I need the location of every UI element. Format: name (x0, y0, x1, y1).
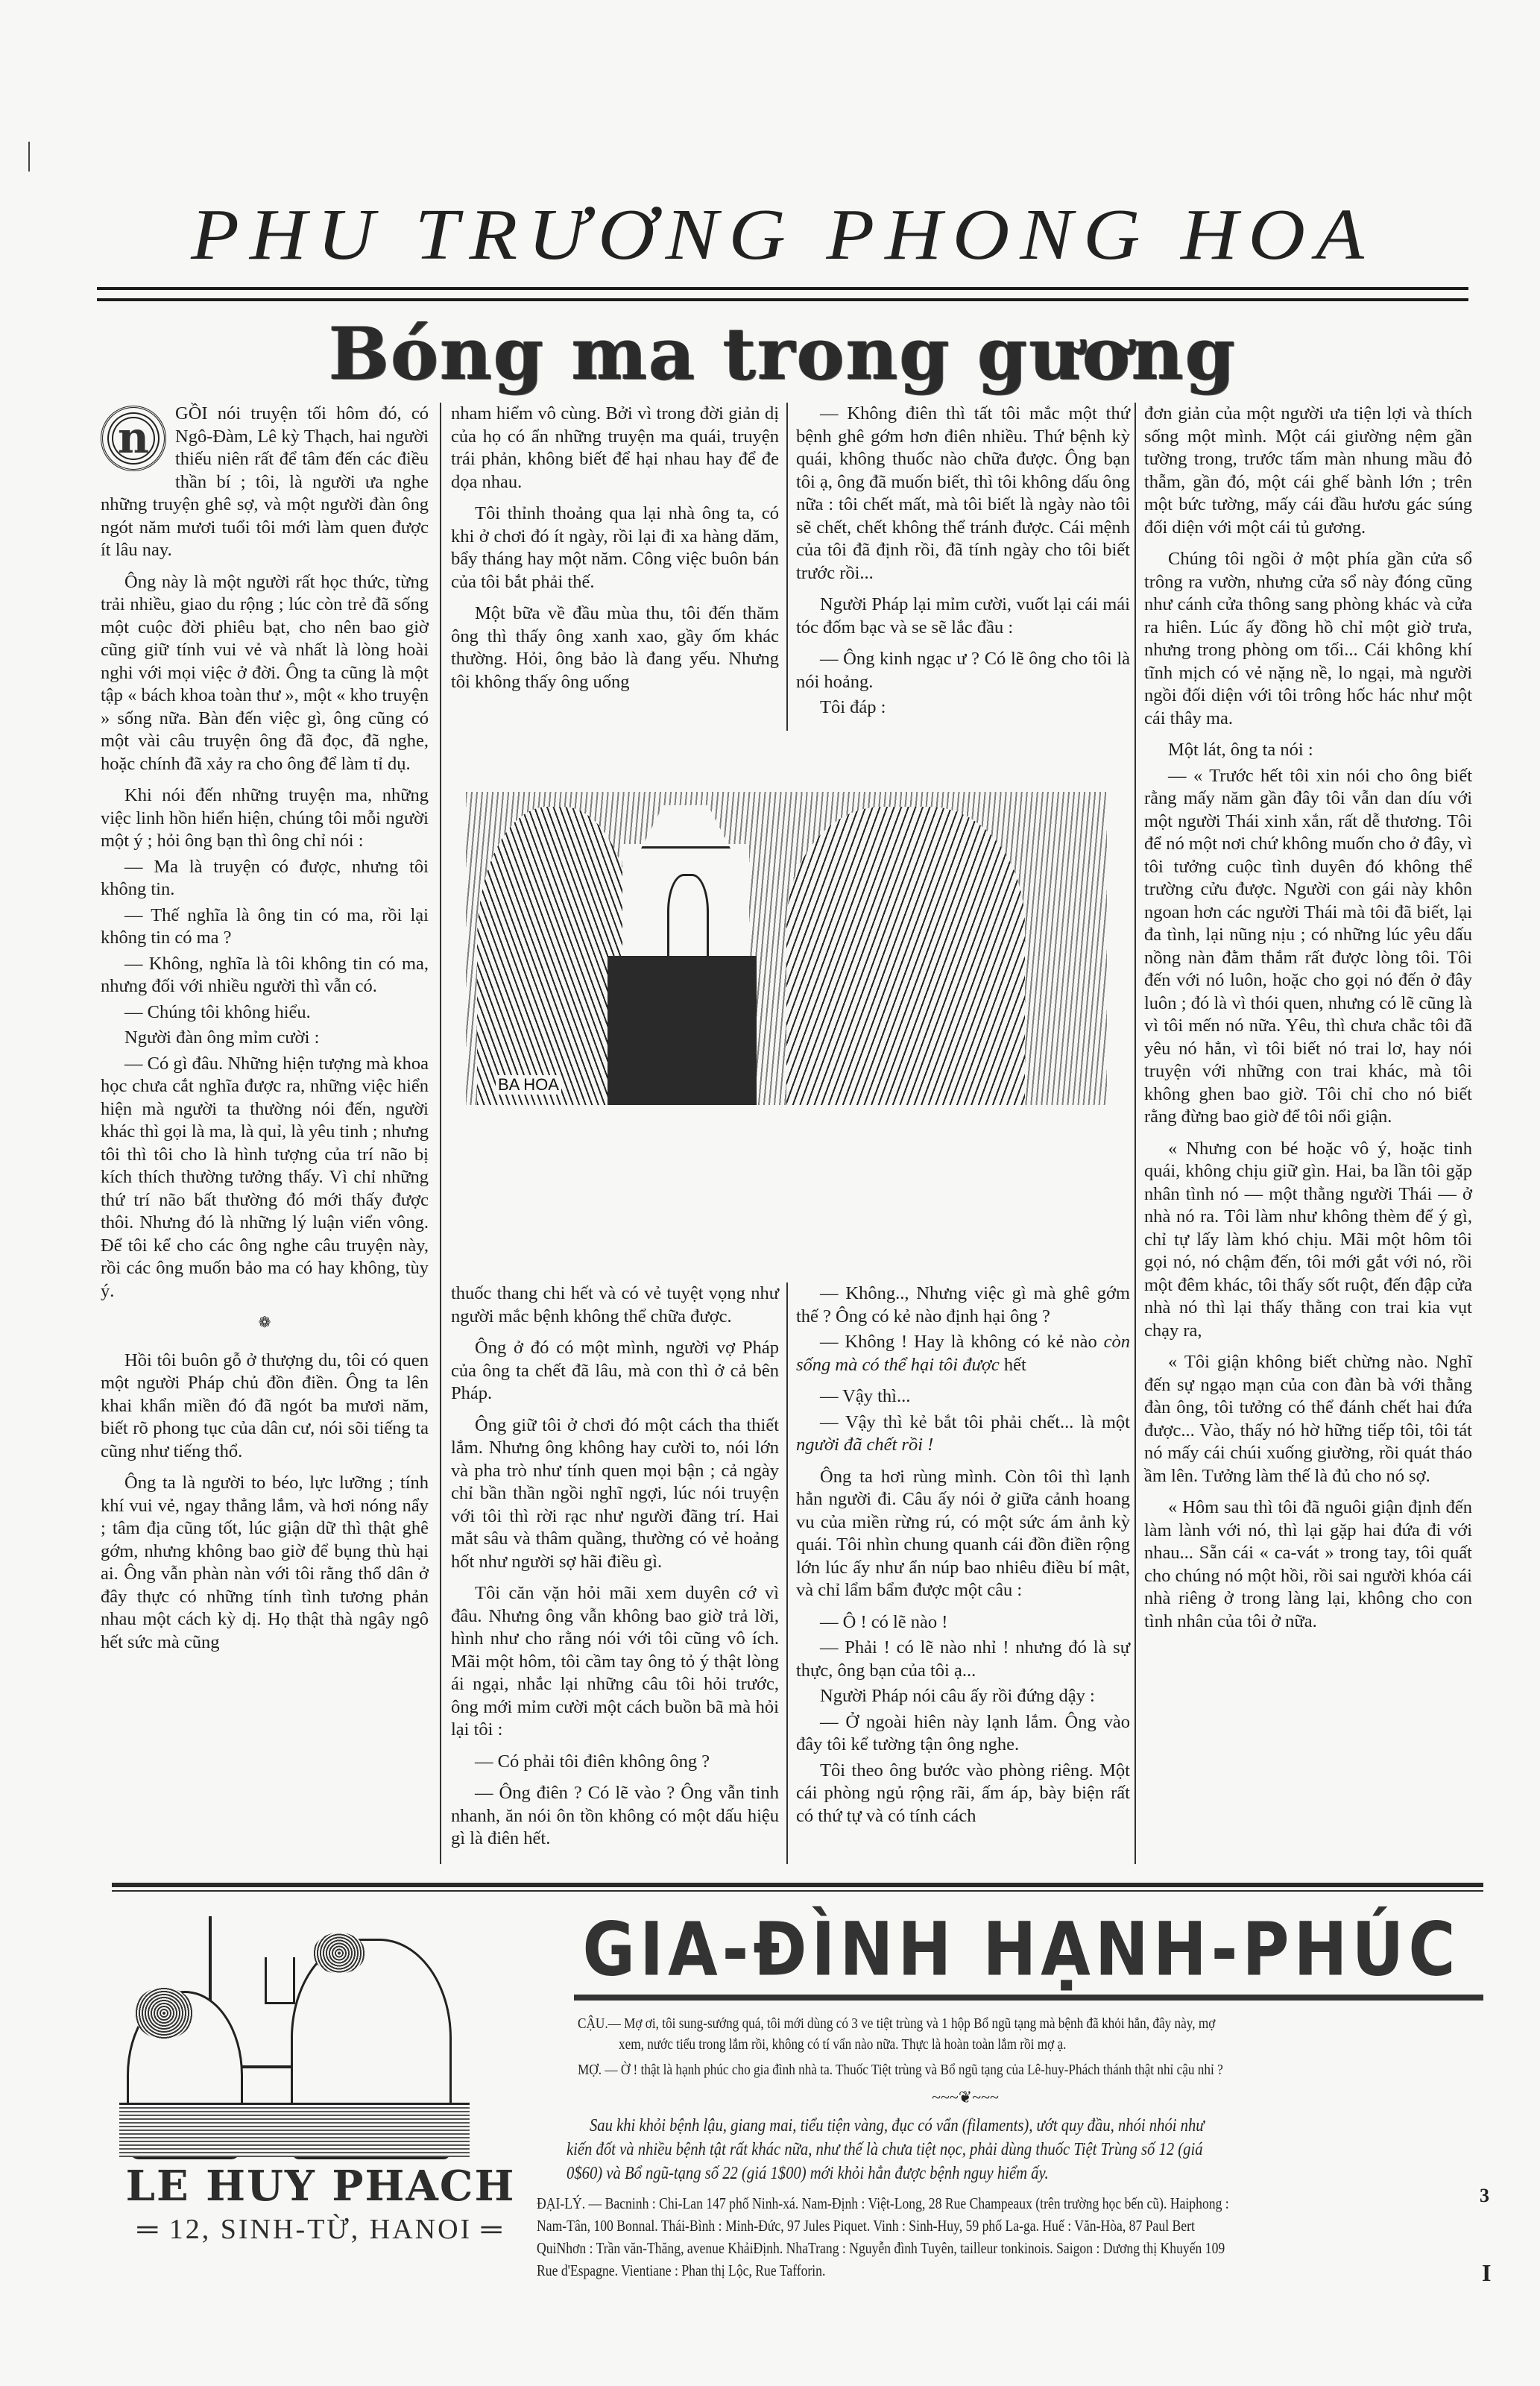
paragraph: thuốc thang chi hết và có vẻ tuyệt vọng … (451, 1282, 779, 1328)
paragraph: Tôi đáp : (796, 696, 1130, 720)
advertisement-title: GIA-ĐÌNH HẠNH-PHÚC (567, 1907, 1476, 1993)
advertisement-illustration (119, 1909, 470, 2155)
dialogue-line: — Không điên thì tất tôi mắc một thứ bện… (796, 403, 1130, 585)
frenchman-figure (786, 807, 1025, 1105)
dialogue-line: — Ma là truyện có được, nhưng tôi không … (101, 856, 429, 901)
dialogue-line: — « Trước hết tôi xin nói cho ông biết r… (1144, 765, 1472, 1129)
dialogue-text: Ờ ! thật là hạnh phúc cho gia đình nhà t… (621, 2062, 1223, 2078)
dialogue-line: — Chúng tôi không hiểu. (101, 1001, 429, 1024)
paragraph: Người Pháp nói câu ấy rồi đứng dậy : (796, 1685, 1130, 1708)
paragraph: Ông ta hơi rùng mình. Còn tôi thì lạnh h… (796, 1466, 1130, 1602)
paragraph: Một lát, ông ta nói : (1144, 739, 1472, 762)
paragraph: Hồi tôi buôn gỗ ở thượng du, tôi có quen… (101, 1350, 429, 1464)
story-illustration: BA HOA (466, 792, 1107, 1105)
dialogue-line: — Phải ! có lẽ nào nhỉ ! nhưng đó là sự … (796, 1637, 1130, 1682)
paragraph: nham hiểm vô cùng. Bởi vì trong đời giản… (451, 403, 779, 494)
advertisement-rule (112, 1883, 1483, 1887)
speaker-label: MỢ. — (578, 2062, 618, 2078)
article-column-4: đơn giản của một người ưa tiện lợi và th… (1144, 403, 1472, 1642)
dialogue-line: — Vậy thì kẻ bắt tôi phải chết... là một… (796, 1411, 1130, 1457)
emphasis-text: còn sống mà có thể hại tôi được (796, 1332, 1130, 1375)
dialogue-line: — Có gì đâu. Những hiện tượng mà khoa họ… (101, 1053, 429, 1303)
paragraph: Tôi theo ông bước vào phòng riêng. Một c… (796, 1760, 1130, 1828)
paragraph: Khi nói đến những truyện ma, những việc … (101, 784, 429, 853)
advertiser-brand: LE HUY PHACH (112, 2162, 529, 2210)
paragraph: Một bữa về đầu mùa thu, tôi đến thăm ông… (451, 602, 779, 693)
paragraph: Ông giữ tôi ở chơi đó một cách tha thiết… (451, 1414, 779, 1574)
ad-dialogue-husband-cont: xem, nước tiểu trong lắm rồi, không có t… (619, 2034, 1066, 2055)
dialogue-text: Mợ ơi, tôi sung-sướng quá, tôi mới dùng … (624, 2015, 1215, 2032)
paragraph: Chúng tôi ngồi ở một phía gần cửa sổ trô… (1144, 548, 1472, 730)
drinking-glass-icon (265, 1957, 295, 2004)
ad-dialogue-wife: MỢ. — Ờ ! thật là hạnh phúc cho gia đình… (578, 2059, 1223, 2080)
speaker-label: CẬU.— (578, 2015, 621, 2032)
paragraph: Người Pháp lại mỉm cười, vuốt lại cái má… (796, 594, 1130, 639)
masthead-rule-top (97, 287, 1468, 290)
masthead-rule-bottom (97, 298, 1468, 301)
dialogue-line: — Không.., Nhưng việc gì mà ghê gớm thế … (796, 1282, 1130, 1328)
dealer-line: ĐẠI-LÝ. — Bacninh : Chi-Lan 147 phố Ninh… (537, 2192, 1476, 2215)
emphasis-text: người đã chết rồi ! (796, 1435, 933, 1455)
column-divider (786, 403, 788, 731)
article-headline: Bóng ma trong gương (97, 313, 1468, 395)
dropcap-letter: n (103, 415, 164, 460)
dialogue-line: — Ông kinh ngạc ư ? Có lẽ ông cho tôi là… (796, 648, 1130, 693)
paragraph: « Tôi giận không biết chừng nào. Nghĩ đế… (1144, 1351, 1472, 1488)
column-divider (786, 1282, 788, 1864)
dialogue-line: — Ô ! có lẽ nào ! (796, 1611, 1130, 1634)
paragraph: Ông ta là người to béo, lực lưỡng ; tính… (101, 1472, 429, 1654)
dialogue-line: — Không, nghĩa là tôi không tin có ma, n… (101, 953, 429, 998)
advertisement-rule-thin (112, 1890, 1483, 1892)
paragraph: đơn giản của một người ưa tiện lợi và th… (1144, 403, 1472, 539)
wife-hair (134, 1987, 194, 2039)
page-number: 3 (1480, 2185, 1489, 2207)
lamp-base-icon (667, 874, 709, 968)
advertisement-title-rule (574, 1995, 1483, 2001)
dropcap-ornament: n (101, 406, 166, 471)
ad-dialogue-husband: CẬU.— Mợ ơi, tôi sung-sướng quá, tôi mới… (578, 2013, 1215, 2034)
table-shadow (608, 956, 757, 1105)
ad-body-text: Sau khi khỏi bệnh lậu, giang mai, tiểu t… (567, 2114, 1489, 2185)
paragraph: Tôi thỉnh thoảng qua lại nhà ông ta, có … (451, 503, 779, 594)
husband-hair (313, 1933, 365, 1974)
paragraph: Người đàn ông mỉm cười : (101, 1027, 429, 1050)
paragraph: Ông này là một người rất học thức, từng … (101, 571, 429, 776)
dealer-line: Nam-Tân, 100 Bonnal. Thái-Bình : Minh-Đứ… (537, 2215, 1476, 2237)
paragraph: « Nhưng con bé hoặc vô ý, hoặc tinh quái… (1144, 1138, 1472, 1343)
ad-body-line: 0$60) và Bổ ngũ-tạng số 22 (giá 1$00) mớ… (567, 2162, 1489, 2185)
dialogue-line: — Ở ngoài hiên này lạnh lắm. Ông vào đây… (796, 1711, 1130, 1757)
dialogue-line: — Ông điên ? Có lẽ vào ? Ông vẫn tinh nh… (451, 1782, 779, 1851)
ad-body-line: kiến đốt và nhiều bệnh tật rất khác nữa,… (567, 2138, 1489, 2162)
paragraph: Ông ở đó có một mình, người vợ Pháp của … (451, 1337, 779, 1406)
dialogue-line: — Thế nghĩa là ông tin có ma, rồi lại kh… (101, 904, 429, 950)
lamp-shade-icon (641, 805, 730, 849)
dialogue-line: — Không ! Hay là không có kẻ nào còn sốn… (796, 1331, 1130, 1376)
dealer-list: ĐẠI-LÝ. — Bacninh : Chi-Lan 147 phố Ninh… (537, 2192, 1476, 2282)
dealer-line: Rue d'Espagne. Vientiane : Phan thị Lộc,… (537, 2259, 1476, 2282)
margin-mark (28, 142, 30, 171)
ad-flourish-divider: ~~~❦~~~ (876, 2088, 1055, 2107)
paragraph: « Hôm sau thì tôi đã nguôi giận định đến… (1144, 1496, 1472, 1633)
dialogue-line: — Có phải tôi điên không ông ? (451, 1751, 779, 1774)
desk (119, 2103, 470, 2157)
article-column-2-bottom: thuốc thang chi hết và có vẻ tuyệt vọng … (451, 1282, 779, 1860)
dialogue-line: — Vậy thì... (796, 1385, 1130, 1408)
section-break-ornament: ❁ (101, 1312, 429, 1335)
advertiser-address: ═ 12, SINH-TỪ, HANOI ═ (112, 2213, 529, 2246)
artist-signature: BA HOA (496, 1075, 561, 1095)
dealer-line: QuiNhơn : Trần văn-Thăng, avenue KhảiĐịn… (537, 2237, 1476, 2259)
column-divider (1135, 403, 1136, 1864)
column-divider (440, 403, 441, 1864)
article-column-2-top: nham hiểm vô cùng. Bởi vì trong đời giản… (451, 403, 779, 702)
article-column-3-bottom: — Không.., Nhưng việc gì mà ghê gớm thế … (796, 1282, 1130, 1836)
masthead: PHU TRƯƠNG PHONG HOA (97, 201, 1468, 269)
ad-body-line: Sau khi khỏi bệnh lậu, giang mai, tiểu t… (567, 2114, 1489, 2138)
page-mark: I (1482, 2259, 1491, 2287)
paragraph: Tôi căn vặn hỏi mãi xem duyên cớ vì đâu.… (451, 1582, 779, 1742)
article-column-1: n GỒI nói truyện tối hôm đó, có Ngô-Đàm,… (101, 403, 429, 1663)
article-column-3-top: — Không điên thì tất tôi mắc một thứ bện… (796, 403, 1130, 728)
